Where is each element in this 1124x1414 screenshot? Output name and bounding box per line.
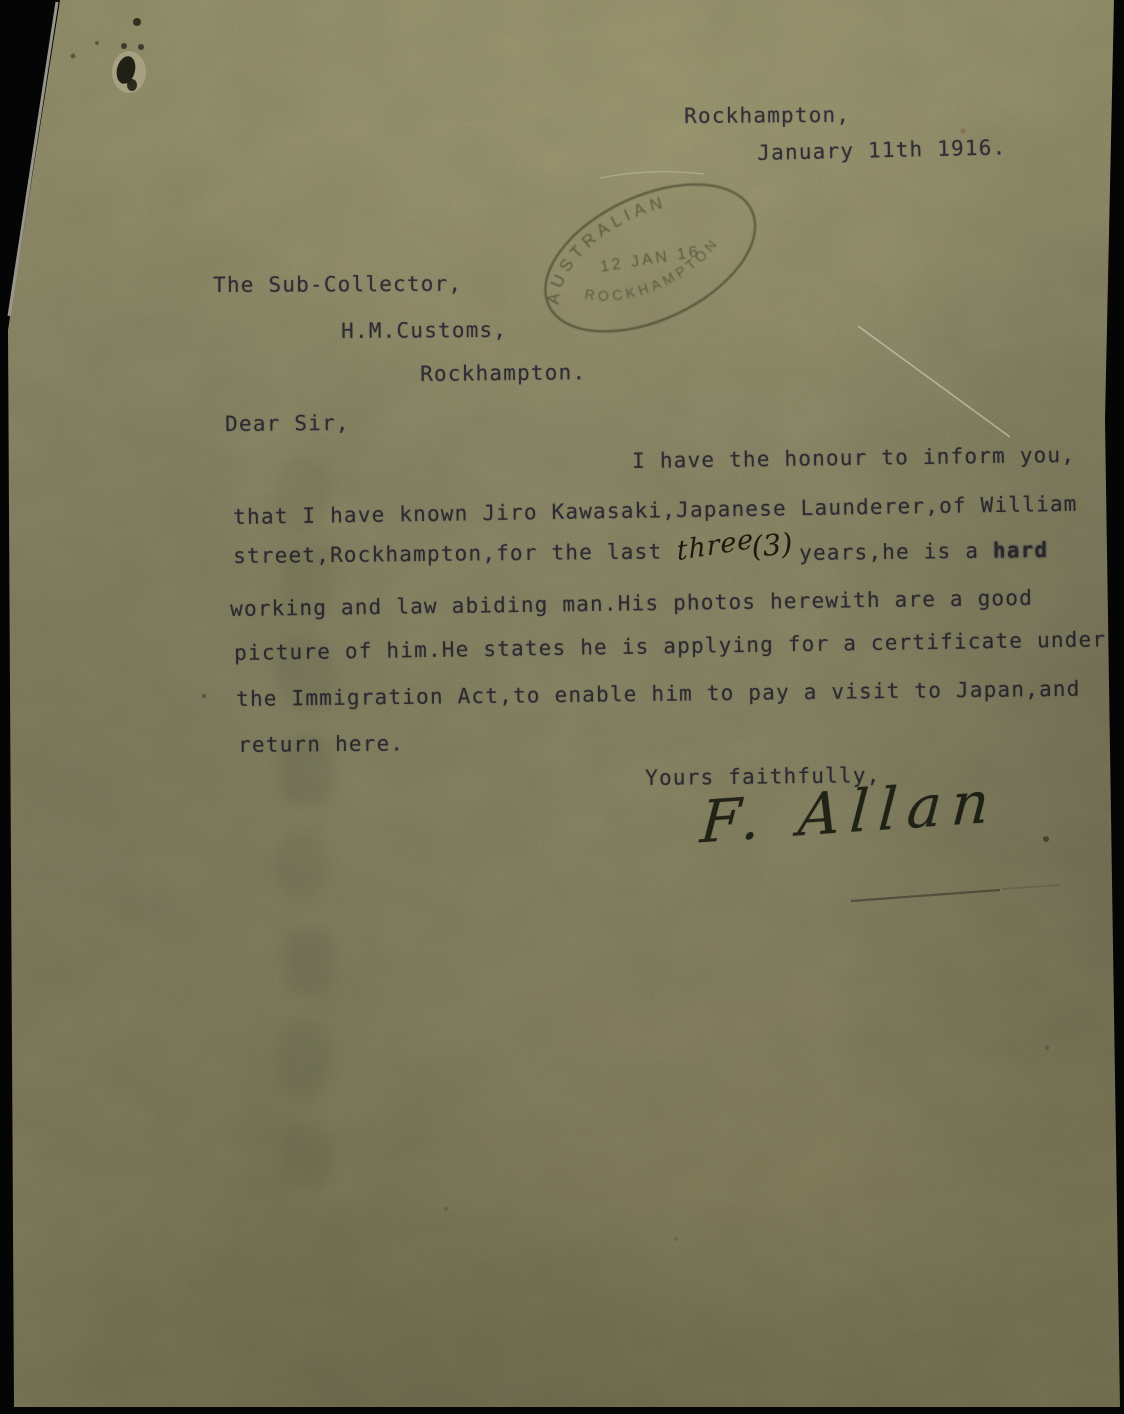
recipient-line-1: The Sub-Collector, <box>213 272 462 297</box>
paper-sheet: AUSTRALIAN ROCKHAMPTON 12 JAN 16 Rockham… <box>0 0 1124 1414</box>
signature-underline <box>851 890 1000 901</box>
body-line-3-bold-word: hard <box>993 538 1049 563</box>
signature-trailing-dot <box>1043 836 1049 842</box>
salutation: Dear Sir, <box>225 411 350 436</box>
ink-blob-small <box>127 79 137 91</box>
recipient-line-2: H.M.Customs, <box>341 318 507 343</box>
body-line-4: working and law abiding man.His photos h… <box>230 586 1033 621</box>
body-line-6: the Immigration Act,to enable him to pay… <box>236 677 1081 711</box>
ink-dot-1 <box>133 18 141 26</box>
handwritten-word-three: three <box>676 524 755 567</box>
ink-blob <box>114 54 138 86</box>
handwritten-number-3: (3) <box>750 526 794 563</box>
speck-4 <box>444 1207 448 1211</box>
recipient-line-3: Rockhampton. <box>420 360 586 386</box>
body-line-3-typed-start: street,Rockhampton,for the last <box>233 540 662 568</box>
speck-1 <box>202 694 206 698</box>
ink-dot-4 <box>95 41 99 45</box>
body-line-5: picture of him.He states he is applying … <box>234 627 1106 665</box>
body-line-3-typed-end: years,he is a hard <box>799 538 1048 565</box>
ink-dot-5 <box>71 54 76 59</box>
body-line-7: return here. <box>238 732 404 757</box>
body-line-2: that I have known Jiro Kawasaki,Japanese… <box>233 492 1078 529</box>
speck-5 <box>674 1237 678 1241</box>
ink-dot-2 <box>121 43 127 49</box>
speck-3 <box>1045 1046 1049 1050</box>
body-line-1: I have the honour to inform you, <box>632 443 1075 473</box>
speck-2 <box>961 129 966 134</box>
crease-line-top-right <box>858 326 1010 437</box>
signature-underline-faint <box>1002 885 1060 889</box>
paper-abrasion-halo <box>112 51 146 93</box>
letter-city-line: Rockhampton, <box>684 103 850 128</box>
body-line-3-end-text: years,he is a <box>799 539 993 565</box>
ink-dot-3 <box>138 44 144 50</box>
letter-date-line: January 11th 1916. <box>757 135 1007 165</box>
scanned-letter-page: AUSTRALIAN ROCKHAMPTON 12 JAN 16 Rockham… <box>0 0 1124 1414</box>
